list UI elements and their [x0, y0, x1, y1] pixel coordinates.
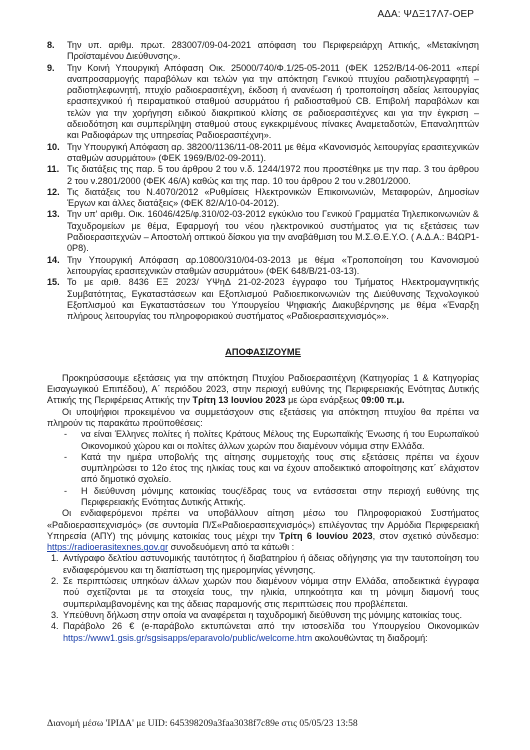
references-list: 8.Την υπ. αριθμ. πρωτ. 283007/09-04-2021… — [47, 40, 479, 322]
reference-text: Την υπ' αριθμ. Οικ. 16046/425/φ.310/02-0… — [67, 209, 479, 253]
dash-bullet-icon: - — [64, 452, 67, 463]
document-text: Υπεύθυνη δήλωση στην οποία να αναφέρεται… — [63, 610, 462, 620]
document-text: Αντίγραφο δελτίου αστυνομικής ταυτότητος… — [63, 553, 479, 574]
document-item: 2. Σε περιπτώσεις υπηκόων άλλων χωρών πο… — [47, 576, 479, 610]
eparavolo-link[interactable]: https://www1.gsis.gr/sgsisapps/eparavolo… — [63, 633, 312, 643]
condition-item: -να είναι Έλληνες πολίτες ή πολίτες Κράτ… — [47, 429, 479, 452]
reference-item: 11.Τις διατάξεις της παρ. 5 του άρθρου 2… — [47, 164, 479, 187]
decision-heading: ΑΠΟΦΑΣΙΖΟΥΜΕ — [47, 347, 479, 358]
reference-number: 13. — [47, 209, 60, 220]
document-number: 3. — [51, 610, 59, 621]
exam-date: Τρίτη 13 Ιουνίου 2023 — [193, 395, 286, 405]
reference-item: 10.Την Υπουργική Απόφαση αρ. 38200/1136/… — [47, 142, 479, 165]
radioerasitexnes-link[interactable]: https://radioerasitexnes.gov.gr — [47, 542, 168, 552]
document-number: 4. — [51, 621, 59, 632]
reference-item: 8.Την υπ. αριθμ. πρωτ. 283007/09-04-2021… — [47, 40, 479, 63]
application-text-after: συνοδευόμενη από τα κάτωθι : — [168, 542, 294, 552]
reference-item: 12.Τις διατάξεις του Ν.4070/2012 «Ρυθμίσ… — [47, 187, 479, 210]
condition-item: -Κατά την ημέρα υποβολής της αίτησης συμ… — [47, 452, 479, 486]
application-paragraph: Οι ενδιαφερόμενοι πρέπει να υποβάλλουν α… — [47, 508, 479, 553]
dash-bullet-icon: - — [64, 429, 67, 440]
reference-item: 14.Την Υπουργική Απόφαση αρ.10800/310/04… — [47, 255, 479, 278]
reference-text: Την υπ. αριθμ. πρωτ. 283007/09-04-2021 α… — [67, 40, 479, 61]
reference-number: 10. — [47, 142, 60, 153]
exam-time: 09:00 π.μ. — [361, 395, 404, 405]
reference-text: Τις διατάξεις της παρ. 5 του άρθρου 2 το… — [67, 164, 479, 185]
condition-text: Κατά την ημέρα υποβολής της αίτησης συμμ… — [81, 452, 479, 485]
reference-number: 9. — [47, 63, 55, 74]
reference-number: 12. — [47, 187, 60, 198]
required-documents-list: 1.Αντίγραφο δελτίου αστυνομικής ταυτότητ… — [47, 553, 479, 643]
document-text: Σε περιπτώσεις υπηκόων άλλων χωρών που δ… — [63, 576, 479, 609]
reference-item: 9.Την Κοινή Υπουργική Απόφαση Οικ. 25000… — [47, 63, 479, 142]
ada-code: ΑΔΑ: ΨΔΞ17Λ7-ΟΕΡ — [377, 9, 474, 20]
condition-text: Η διεύθυνση μόνιμης κατοικίας τους/έδρας… — [81, 486, 479, 507]
reference-text: Την Υπουργική Απόφαση αρ. 38200/1136/11-… — [67, 142, 479, 163]
reference-item: 15. Το με αριθ. 8436 ΕΞ 2023/ ΥΨηΔ 21-02… — [47, 277, 479, 322]
announcement-text-middle: με ώρα ενάρξεως — [286, 395, 362, 405]
document-number: 1. — [51, 553, 59, 564]
document-item: 3.Υπεύθυνη δήλωση στην οποία να αναφέρετ… — [47, 610, 479, 621]
reference-number: 14. — [47, 255, 60, 266]
reference-number: 11. — [47, 164, 59, 175]
document-item: 1.Αντίγραφο δελτίου αστυνομικής ταυτότητ… — [47, 553, 479, 576]
fee-text: Παράβολο 26 € (e-παράβολο εκτυπώνεται απ… — [63, 621, 479, 631]
fee-text-after: ακολουθώντας τη διαδρομή: — [312, 633, 428, 643]
reference-text: Την Κοινή Υπουργική Απόφαση Οικ. 25000/7… — [67, 63, 479, 141]
reference-text: Το με αριθ. 8436 ΕΞ 2023/ ΥΨηΔ 21-02-202… — [67, 277, 479, 321]
conditions-list: -να είναι Έλληνες πολίτες ή πολίτες Κράτ… — [47, 429, 479, 508]
reference-text: Την Υπουργική Απόφαση αρ.10800/310/04-03… — [67, 255, 479, 276]
application-text-middle: , στον σχετικό σύνδεσμο: — [373, 531, 479, 541]
reference-number: 8. — [47, 40, 55, 51]
dash-bullet-icon: - — [64, 486, 67, 497]
application-deadline: Τρίτη 6 Ιουνίου 2023 — [279, 531, 372, 541]
condition-text: να είναι Έλληνες πολίτες ή πολίτες Κράτο… — [81, 429, 479, 450]
document-body: 8.Την υπ. αριθμ. πρωτ. 283007/09-04-2021… — [47, 40, 479, 644]
condition-item: -Η διεύθυνση μόνιμης κατοικίας τους/έδρα… — [47, 486, 479, 509]
reference-number: 15. — [47, 277, 60, 288]
reference-text: Τις διατάξεις του Ν.4070/2012 «Ρυθμίσεις… — [67, 187, 479, 208]
announcement-paragraph: Προκηρύσσουμε εξετάσεις για την απόκτηση… — [47, 373, 479, 407]
reference-item: 13.Την υπ' αριθμ. Οικ. 16046/425/φ.310/0… — [47, 209, 479, 254]
document-item: 4.Παράβολο 26 € (e-παράβολο εκτυπώνεται … — [47, 621, 479, 644]
iris-distribution-footer: Διανομή μέσω 'ΙΡΙΔΑ' με UID: 645398209a3… — [47, 718, 358, 729]
conditions-intro: Οι υποψήφιοι προκειμένου να συμμετάσχουν… — [47, 407, 479, 430]
document-number: 2. — [51, 576, 59, 587]
